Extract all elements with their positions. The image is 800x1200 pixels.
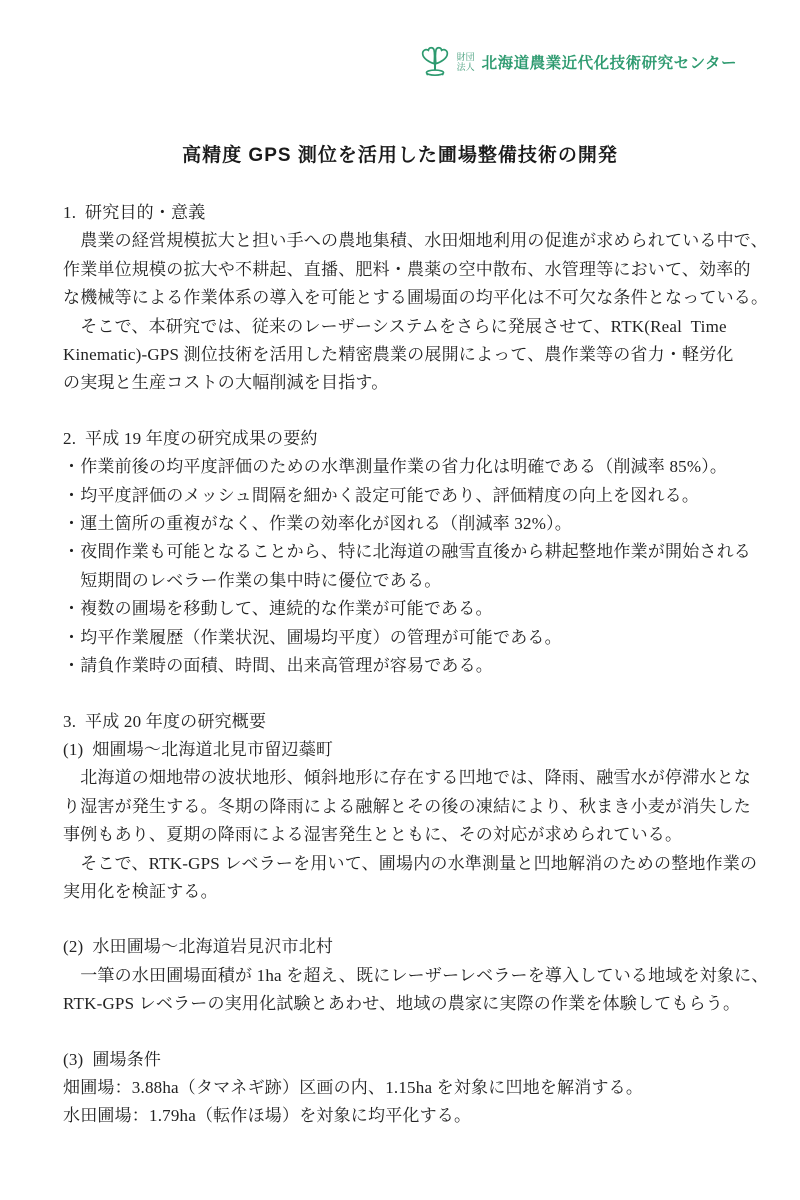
paragraph-line: 農業の経営規模拡大と担い手への農地集積、水田畑地利用の促進が求められている中で、 <box>63 227 737 255</box>
bullet-line: ・均平作業履歴（作業状況、圃場均平度）の管理が可能である。 <box>63 624 737 652</box>
section-heading: (2) 水田圃場～北海道岩見沢市北村 <box>63 933 737 961</box>
section-heading: (3) 圃場条件 <box>63 1046 737 1074</box>
paragraph-line: 一筆の水田圃場面積が 1ha を超え、既にレーザーレベラーを導入している地域を対… <box>63 962 737 990</box>
paragraph-line: そこで、本研究では、従来のレーザーシステムをさらに発展させて、RTK(Real … <box>63 313 737 341</box>
text-line: 水田圃場：1.79ha（転作ほ場）を対象に均平化する。 <box>63 1102 737 1130</box>
paragraph-line: RTK-GPS レベラーの実用化試験とあわせ、地域の農家に実際の作業を体験しても… <box>63 990 737 1018</box>
paragraph-line: Kinematic)-GPS 測位技術を活用した精密農業の展開によって、農作業等… <box>63 341 737 369</box>
organization-logo: 財団 法人 北海道農業近代化技術研究センター <box>418 45 737 79</box>
paragraph-line: り湿害が発生する。冬期の降雨による融解とその後の凍結により、秋まき小麦が消失した <box>63 793 737 821</box>
paragraph-line: 北海道の畑地帯の波状地形、傾斜地形に存在する凹地では、降雨、融雪水が停滞水とな <box>63 764 737 792</box>
section-heading: 1. 研究目的・意義 <box>63 199 737 227</box>
document-header: 財団 法人 北海道農業近代化技術研究センター <box>63 42 737 82</box>
bullet-line: ・均平度評価のメッシュ間隔を細かく設定可能であり、評価精度の向上を図れる。 <box>63 482 737 510</box>
bullet-line: ・運土箇所の重複がなく、作業の効率化が図れる（削減率 32%）。 <box>63 510 737 538</box>
text-line: 畑圃場：3.88ha（タマネギ跡）区画の内、1.15ha を対象に凹地を解消する… <box>63 1074 737 1102</box>
section-heading: (1) 畑圃場～北海道北見市留辺蘂町 <box>63 736 737 764</box>
bullet-line: ・請負作業時の面積、時間、出来高管理が容易である。 <box>63 652 737 680</box>
paragraph-line: 実用化を検証する。 <box>63 878 737 906</box>
paragraph-gap <box>63 1019 737 1046</box>
document-page: 財団 法人 北海道農業近代化技術研究センター 高精度 GPS 測位を活用した圃場… <box>0 0 800 1200</box>
paragraph-line: な機械等による作業体系の導入を可能とする圃場面の均平化は不可欠な条件となっている… <box>63 284 737 312</box>
bullet-line: ・夜間作業も可能となることから、特に北海道の融雪直後から耕起整地作業が開始される <box>63 538 737 566</box>
paragraph-line: の実現と生産コストの大幅削減を目指す。 <box>63 369 737 397</box>
document-title: 高精度 GPS 測位を活用した圃場整備技術の開発 <box>63 140 737 167</box>
paragraph-line: そこで、RTK-GPS レベラーを用いて、圃場内の水準測量と凹地解消のための整地… <box>63 850 737 878</box>
bullet-line: ・作業前後の均平度評価のための水準測量作業の省力化は明確である（削減率 85%）… <box>63 453 737 481</box>
tree-logo-icon <box>418 45 452 79</box>
document-body: 1. 研究目的・意義 農業の経営規模拡大と担い手への農地集積、水田畑地利用の促進… <box>63 199 737 1131</box>
bullet-line: 短期間のレベラー作業の集中時に優位である。 <box>63 567 737 595</box>
section-heading: 3. 平成 20 年度の研究概要 <box>63 708 737 736</box>
paragraph-line: 作業単位規模の拡大や不耕起、直播、肥料・農薬の空中散布、水管理等において、効率的 <box>63 256 737 284</box>
paragraph-line: 事例もあり、夏期の降雨による湿害発生とともに、その対応が求められている。 <box>63 821 737 849</box>
foundation-type-label: 財団 法人 <box>457 52 475 73</box>
organization-name: 北海道農業近代化技術研究センター <box>482 51 737 73</box>
paragraph-gap <box>63 681 737 708</box>
section-heading: 2. 平成 19 年度の研究成果の要約 <box>63 425 737 453</box>
paragraph-gap <box>63 398 737 425</box>
paragraph-gap <box>63 906 737 933</box>
bullet-line: ・複数の圃場を移動して、連続的な作業が可能である。 <box>63 595 737 623</box>
